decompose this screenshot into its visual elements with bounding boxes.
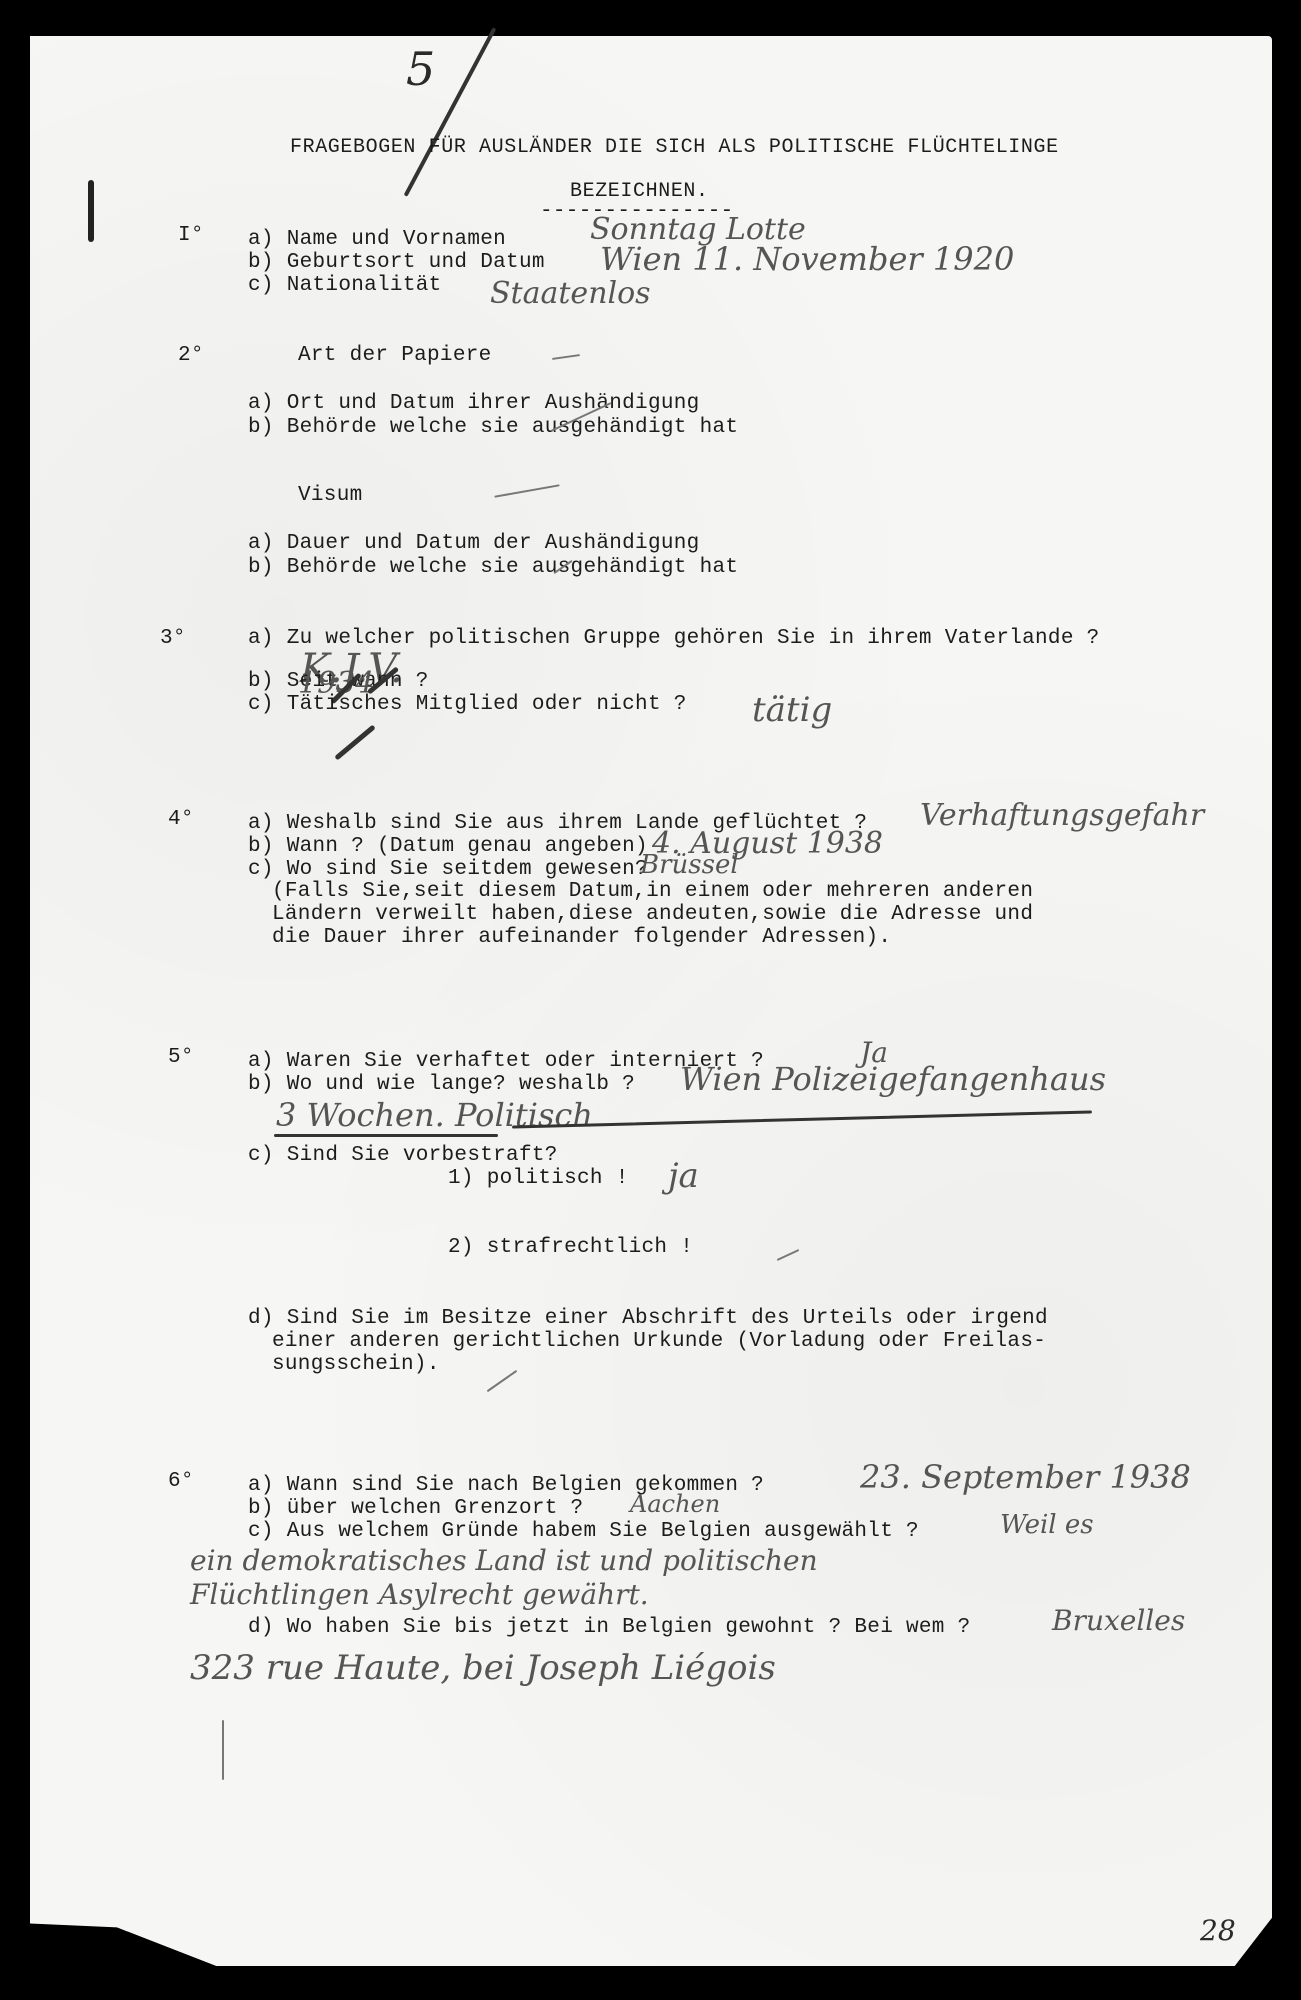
s5-where-label: b) Wo und wie lange? weshalb ? — [248, 1073, 635, 1096]
s2-papers-label: Art der Papiere — [298, 344, 492, 367]
section-2-number: 2° — [178, 344, 204, 367]
section-6-number: 6° — [168, 1470, 194, 1493]
page-mark: 5 — [406, 42, 435, 96]
s6-arrival-answer[interactable]: 23. September 1938 — [860, 1458, 1191, 1496]
s2-papers-b-label: b) Behörde welche sie ausgehändigt hat — [248, 416, 738, 439]
s3-member-label: c) Tätisches Mitglied oder nicht ? — [248, 693, 687, 716]
s1-birth-answer[interactable]: Wien 11. November 1920 — [600, 240, 1014, 278]
s2-visa-label: Visum — [298, 484, 363, 507]
s5-political-answer[interactable]: ja — [668, 1156, 699, 1196]
s4-why-answer[interactable]: Verhaftungsgefahr — [920, 798, 1204, 833]
s5-where-answer-2[interactable]: 3 Wochen. Politisch — [276, 1096, 593, 1134]
section-3-number: 3° — [160, 627, 186, 650]
form-title: FRAGEBOGEN FÜR AUSLÄNDER DIE SICH ALS PO… — [290, 136, 1059, 159]
s6-reason-answer-2[interactable]: ein demokratisches Land ist und politisc… — [190, 1544, 818, 1577]
s3-member-answer[interactable]: tätig — [752, 690, 832, 730]
page-number: 28 — [1200, 1914, 1236, 1947]
s6-residence-answer-2[interactable]: 323 rue Haute, bei Joseph Liégois — [190, 1648, 776, 1688]
s5-where-answer[interactable]: Wien Polizeigefangenhaus — [680, 1060, 1106, 1098]
s1-birth-label: b) Geburtsort und Datum — [248, 251, 545, 274]
s5-copy-label-2: einer anderen gerichtlichen Urkunde (Vor… — [272, 1330, 1046, 1353]
s4-note-3: die Dauer ihrer aufeinander folgender Ad… — [272, 926, 891, 949]
margin-mark — [88, 180, 94, 242]
s6-margin-line — [222, 1720, 224, 1780]
s5-political-label: 1) politisch ! — [448, 1167, 629, 1190]
s6-reason-answer-3[interactable]: Flüchtlingen Asylrecht gewährt. — [190, 1578, 649, 1611]
s1-name-label: a) Name und Vornamen — [248, 228, 506, 251]
section-1-number: I° — [178, 224, 204, 247]
s4-where-label: c) Wo sind Sie seitdem gewesen? — [248, 858, 648, 881]
section-5-number: 5° — [168, 1046, 194, 1069]
s2-visa-a-label: a) Dauer und Datum der Aushändigung — [248, 532, 700, 555]
s4-when-label: b) Wann ? (Datum genau angeben) — [248, 835, 648, 858]
s4-where-answer[interactable]: Brüssel — [640, 850, 739, 880]
s4-note-2: Ländern verweilt haben,diese andeuten,so… — [272, 903, 1033, 926]
s5-criminal-label: 2) strafrechtlich ! — [448, 1236, 693, 1259]
s6-residence-label: d) Wo haben Sie bis jetzt in Belgien gew… — [248, 1616, 971, 1639]
s6-border-answer[interactable]: Aachen — [630, 1490, 720, 1518]
s6-reason-answer[interactable]: Weil es — [1000, 1510, 1094, 1540]
s6-reason-label: c) Aus welchem Gründe habem Sie Belgien … — [248, 1520, 919, 1543]
section-4-number: 4° — [168, 808, 194, 831]
s2-papers-a-label: a) Ort und Datum ihrer Aushändigung — [248, 392, 700, 415]
s5-copy-label-1: d) Sind Sie im Besitze einer Abschrift d… — [248, 1307, 1048, 1330]
s1-nationality-answer[interactable]: Staatenlos — [490, 276, 651, 311]
s5-underline-1 — [274, 1134, 498, 1137]
s6-residence-answer[interactable]: Bruxelles — [1052, 1604, 1185, 1637]
s1-nationality-label: c) Nationalität — [248, 274, 442, 297]
s5-record-label: c) Sind Sie vorbestraft? — [248, 1144, 558, 1167]
s6-border-label: b) über welchen Grenzort ? — [248, 1497, 583, 1520]
s2-visa-b-label: b) Behörde welche sie ausgehändigt hat — [248, 556, 738, 579]
s5-copy-label-3: sungsschein). — [272, 1353, 440, 1376]
s4-note-1: (Falls Sie,seit diesem Datum,in einem od… — [272, 880, 1033, 903]
